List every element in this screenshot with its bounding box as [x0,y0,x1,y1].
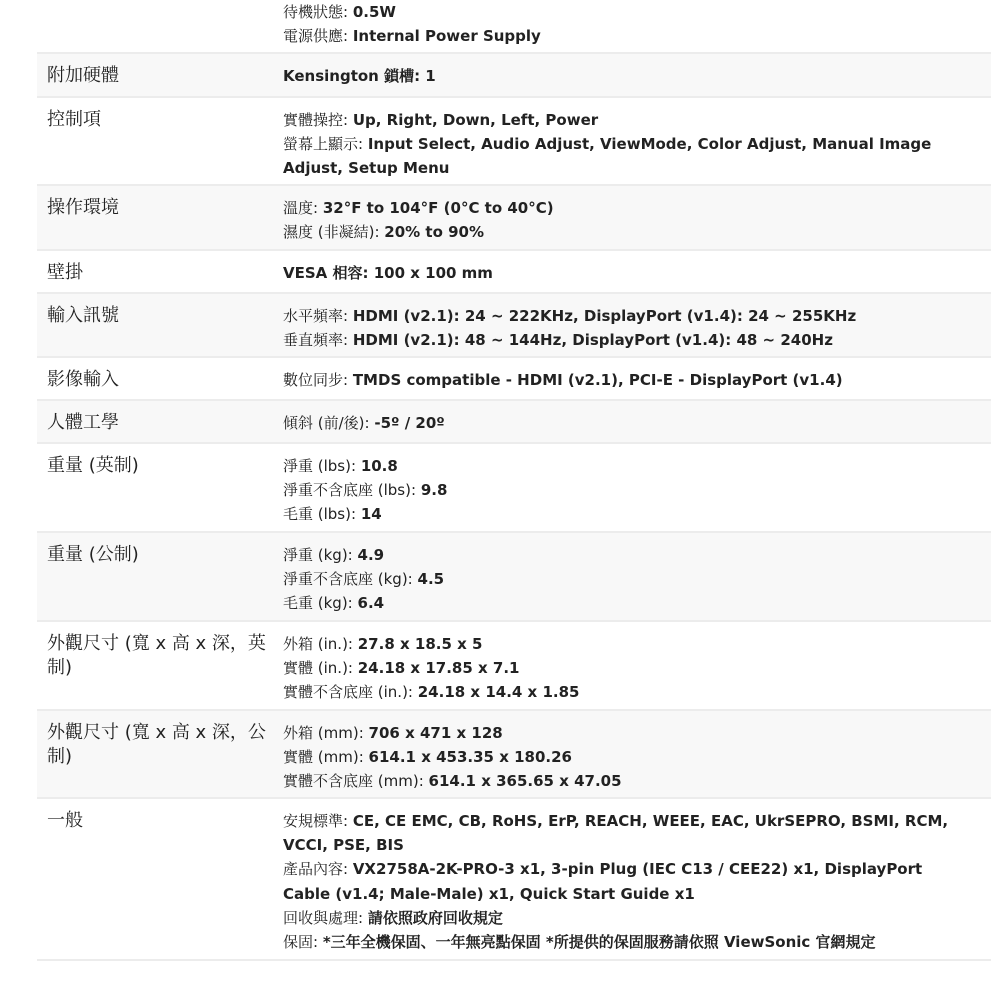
spec-label [37,0,283,52]
spec-line: 濕度 (非凝結): 20% to 90% [283,220,951,244]
spec-value: 水平頻率: HDMI (v2.1): 24 ~ 222KHz, DisplayP… [283,294,991,356]
spec-key: 保固: [283,933,323,951]
spec-key: 產品內容: [283,860,353,878]
spec-value: 安規標準: CE, CE EMC, CB, RoHS, ErP, REACH, … [283,799,991,959]
spec-line: 溫度: 32°F to 104°F (0°C to 40°C) [283,196,951,220]
spec-val: 6.4 [358,594,385,612]
spec-row-general: 一般 安規標準: CE, CE EMC, CB, RoHS, ErP, REAC… [37,799,991,961]
spec-val: 24.18 x 14.4 x 1.85 [418,683,580,701]
spec-value: 淨重 (kg): 4.9 淨重不含底座 (kg): 4.5 毛重 (kg): 6… [283,533,991,620]
spec-val: 0.5W [353,3,396,21]
spec-label: 輸入訊號 [37,294,283,356]
spec-key: 淨重不含底座 (kg): [283,570,418,588]
spec-val: TMDS compatible - HDMI (v2.1), PCI-E - D… [353,371,843,389]
spec-label: 重量 (公制) [37,533,283,620]
spec-key: 淨重 (kg): [283,546,358,564]
spec-value: 傾斜 (前/後): -5º / 20º [283,401,991,442]
spec-key: 淨重 (lbs): [283,457,361,475]
spec-line: 實體操控: Up, Right, Down, Left, Power [283,108,951,132]
spec-val: 9.8 [421,481,448,499]
spec-key: 毛重 (lbs): [283,505,361,523]
spec-row-power: 待機狀態: 0.5W 電源供應: Internal Power Supply [37,0,991,54]
spec-key: 毛重 (kg): [283,594,358,612]
spec-line: VESA 相容: 100 x 100 mm [283,261,951,285]
spec-value: Kensington 鎖槽: 1 [283,54,991,96]
spec-val: -5º / 20º [374,414,444,432]
spec-line: 電源供應: Internal Power Supply [283,24,951,48]
spec-line: 實體不含底座 (mm): 614.1 x 365.65 x 47.05 [283,769,951,793]
spec-row-ergonomics: 人體工學 傾斜 (前/後): -5º / 20º [37,401,991,444]
spec-val: 706 x 471 x 128 [369,724,503,742]
spec-value: 數位同步: TMDS compatible - HDMI (v2.1), PCI… [283,358,991,399]
spec-table: 待機狀態: 0.5W 電源供應: Internal Power Supply 附… [37,0,991,961]
spec-line: 實體不含底座 (in.): 24.18 x 14.4 x 1.85 [283,680,951,704]
spec-line: 水平頻率: HDMI (v2.1): 24 ~ 222KHz, DisplayP… [283,304,951,328]
spec-line: 淨重 (lbs): 10.8 [283,454,951,478]
spec-line: 實體 (in.): 24.18 x 17.85 x 7.1 [283,656,951,680]
spec-val: 請依照政府回收規定 [368,909,503,927]
spec-key: 實體 (mm): [283,748,369,766]
spec-key: 數位同步: [283,371,353,389]
spec-val: 20% to 90% [384,223,484,241]
spec-line: 毛重 (kg): 6.4 [283,591,951,615]
spec-key: 回收與處理: [283,909,368,927]
spec-line: 淨重 (kg): 4.9 [283,543,951,567]
spec-key: 實體 (in.): [283,659,358,677]
spec-val: Kensington 鎖槽: 1 [283,67,436,85]
spec-label: 操作環境 [37,186,283,249]
spec-val: 27.8 x 18.5 x 5 [358,635,483,653]
spec-key: 電源供應: [283,27,353,45]
spec-line: 外箱 (in.): 27.8 x 18.5 x 5 [283,632,951,656]
spec-line: 淨重不含底座 (kg): 4.5 [283,567,951,591]
spec-key: 垂直頻率: [283,331,353,349]
spec-row-additional-hardware: 附加硬體 Kensington 鎖槽: 1 [37,54,991,98]
spec-val: 614.1 x 365.65 x 47.05 [429,772,622,790]
spec-line: 待機狀態: 0.5W [283,0,951,24]
spec-line: 垂直頻率: HDMI (v2.1): 48 ~ 144Hz, DisplayPo… [283,328,951,352]
spec-key: 安規標準: [283,812,353,830]
spec-row-video-input: 影像輸入 數位同步: TMDS compatible - HDMI (v2.1)… [37,358,991,401]
spec-key: 外箱 (mm): [283,724,369,742]
spec-line: 傾斜 (前/後): -5º / 20º [283,411,951,435]
spec-row-weight-metric: 重量 (公制) 淨重 (kg): 4.9 淨重不含底座 (kg): 4.5 毛重… [37,533,991,622]
spec-value: 待機狀態: 0.5W 電源供應: Internal Power Supply [283,0,991,52]
spec-value: 實體操控: Up, Right, Down, Left, Power 螢幕上顯示… [283,98,991,184]
spec-key: 淨重不含底座 (lbs): [283,481,421,499]
spec-val: 4.5 [418,570,445,588]
spec-line: 安規標準: CE, CE EMC, CB, RoHS, ErP, REACH, … [283,809,951,857]
spec-line: 保固: *三年全機保固、一年無亮點保固 *所提供的保固服務請依照 ViewSon… [283,930,951,954]
spec-key: 溫度: [283,199,323,217]
spec-line: 外箱 (mm): 706 x 471 x 128 [283,721,951,745]
spec-line: 淨重不含底座 (lbs): 9.8 [283,478,951,502]
spec-label: 外觀尺寸 (寬 x 高 x 深，公制) [37,711,283,797]
spec-line: 產品內容: VX2758A-2K-PRO-3 x1, 3-pin Plug (I… [283,857,951,905]
spec-line: 數位同步: TMDS compatible - HDMI (v2.1), PCI… [283,368,951,392]
spec-value: 外箱 (in.): 27.8 x 18.5 x 5 實體 (in.): 24.1… [283,622,991,709]
spec-line: Kensington 鎖槽: 1 [283,64,951,88]
spec-key: 實體操控: [283,111,353,129]
spec-label: 人體工學 [37,401,283,442]
spec-val: 614.1 x 453.35 x 180.26 [369,748,572,766]
spec-label: 影像輸入 [37,358,283,399]
spec-val: 32°F to 104°F (0°C to 40°C) [323,199,554,217]
spec-key: 外箱 (in.): [283,635,358,653]
spec-value: 溫度: 32°F to 104°F (0°C to 40°C) 濕度 (非凝結)… [283,186,991,249]
spec-row-operating-environment: 操作環境 溫度: 32°F to 104°F (0°C to 40°C) 濕度 … [37,186,991,251]
spec-row-weight-imperial: 重量 (英制) 淨重 (lbs): 10.8 淨重不含底座 (lbs): 9.8… [37,444,991,533]
spec-value: 淨重 (lbs): 10.8 淨重不含底座 (lbs): 9.8 毛重 (lbs… [283,444,991,531]
spec-key: 傾斜 (前/後): [283,414,374,432]
spec-value: 外箱 (mm): 706 x 471 x 128 實體 (mm): 614.1 … [283,711,991,797]
spec-val: CE, CE EMC, CB, RoHS, ErP, REACH, WEEE, … [283,812,948,854]
spec-line: 螢幕上顯示: Input Select, Audio Adjust, ViewM… [283,132,951,180]
spec-value: VESA 相容: 100 x 100 mm [283,251,991,292]
spec-val: *三年全機保固、一年無亮點保固 *所提供的保固服務請依照 ViewSonic 官… [323,933,876,951]
spec-key: 螢幕上顯示: [283,135,368,153]
spec-line: 回收與處理: 請依照政府回收規定 [283,906,951,930]
spec-row-controls: 控制項 實體操控: Up, Right, Down, Left, Power 螢… [37,98,991,186]
spec-label: 壁掛 [37,251,283,292]
spec-row-wall-mount: 壁掛 VESA 相容: 100 x 100 mm [37,251,991,294]
spec-label: 控制項 [37,98,283,184]
spec-label: 一般 [37,799,283,959]
spec-line: 毛重 (lbs): 14 [283,502,951,526]
spec-val: 4.9 [358,546,385,564]
spec-label: 重量 (英制) [37,444,283,531]
spec-label: 附加硬體 [37,54,283,96]
spec-line: 實體 (mm): 614.1 x 453.35 x 180.26 [283,745,951,769]
spec-val: VESA 相容: 100 x 100 mm [283,264,493,282]
spec-val: Internal Power Supply [353,27,541,45]
spec-val: 10.8 [361,457,398,475]
spec-val: HDMI (v2.1): 48 ~ 144Hz, DisplayPort (v1… [353,331,833,349]
spec-val: Input Select, Audio Adjust, ViewMode, Co… [283,135,931,177]
spec-val: VX2758A-2K-PRO-3 x1, 3-pin Plug (IEC C13… [283,860,922,902]
spec-row-input-signal: 輸入訊號 水平頻率: HDMI (v2.1): 24 ~ 222KHz, Dis… [37,294,991,358]
spec-key: 實體不含底座 (mm): [283,772,429,790]
spec-val: 14 [361,505,382,523]
spec-val: HDMI (v2.1): 24 ~ 222KHz, DisplayPort (v… [353,307,856,325]
spec-row-dimensions-metric: 外觀尺寸 (寬 x 高 x 深，公制) 外箱 (mm): 706 x 471 x… [37,711,991,799]
spec-label: 外觀尺寸 (寬 x 高 x 深，英制) [37,622,283,709]
spec-key: 實體不含底座 (in.): [283,683,418,701]
spec-key: 濕度 (非凝結): [283,223,384,241]
spec-val: Up, Right, Down, Left, Power [353,111,598,129]
spec-key: 水平頻率: [283,307,353,325]
spec-row-dimensions-imperial: 外觀尺寸 (寬 x 高 x 深，英制) 外箱 (in.): 27.8 x 18.… [37,622,991,711]
spec-val: 24.18 x 17.85 x 7.1 [358,659,520,677]
spec-key: 待機狀態: [283,3,353,21]
